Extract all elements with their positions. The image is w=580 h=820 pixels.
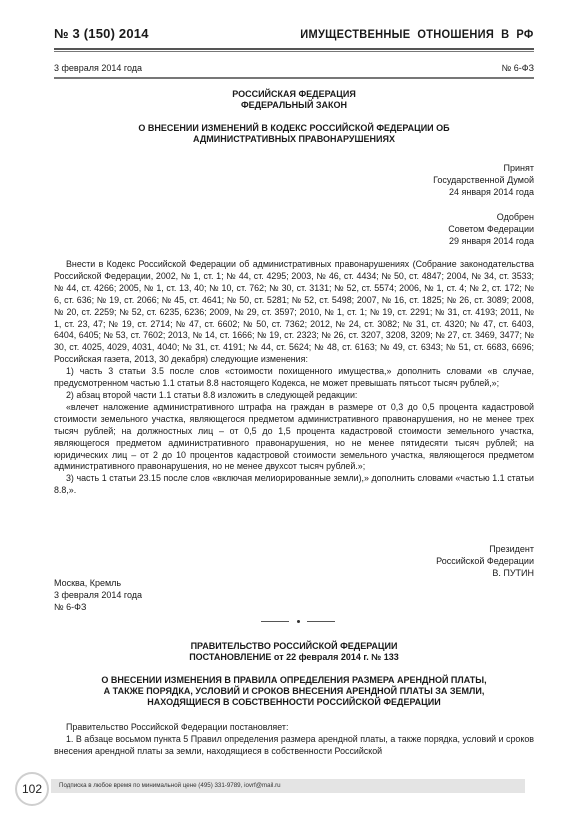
law-heading: РОССИЙСКАЯ ФЕДЕРАЦИЯ ФЕДЕРАЛЬНЫЙ ЗАКОН	[54, 89, 534, 111]
separator-line	[307, 621, 335, 622]
resolution-heading-line: ПОСТАНОВЛЕНИЕ от 22 февраля 2014 г. № 13…	[54, 652, 534, 663]
law-meta: 3 февраля 2014 года № 6-ФЗ	[54, 63, 534, 73]
adoption-line: Принят	[433, 162, 534, 174]
resolution-paragraph: Правительство Российской Федерации поста…	[54, 722, 534, 734]
signature-line: Президент	[436, 543, 534, 555]
signature-block: Президент Российской Федерации В. ПУТИН	[436, 543, 534, 579]
law-paragraph: 3) часть 1 статьи 23.15 после слов «вклю…	[54, 473, 534, 497]
resolution-paragraph: 1. В абзаце восьмом пункта 5 Правил опре…	[54, 734, 534, 758]
law-paragraph: 2) абзац второй части 1.1 статьи 8.8 изл…	[54, 390, 534, 402]
law-paragraph: «влечет наложение административного штра…	[54, 402, 534, 473]
approval-note: Одобрен Советом Федерации 29 января 2014…	[448, 211, 534, 247]
law-heading-line: ФЕДЕРАЛЬНЫЙ ЗАКОН	[54, 100, 534, 111]
law-body: Внести в Кодекс Российской Федерации об …	[54, 259, 534, 497]
date-line: 3 февраля 2014 года	[54, 589, 142, 601]
adoption-line: 24 января 2014 года	[433, 186, 534, 198]
section-separator	[261, 618, 335, 624]
resolution-subject-line: О ВНЕСЕНИИ ИЗМЕНЕНИЯ В ПРАВИЛА ОПРЕДЕЛЕН…	[54, 675, 534, 686]
law-paragraph: Внести в Кодекс Российской Федерации об …	[54, 259, 534, 366]
adoption-line: Государственной Думой	[433, 174, 534, 186]
signature-name: В. ПУТИН	[436, 567, 534, 579]
place-date-block: Москва, Кремль 3 февраля 2014 года № 6-Ф…	[54, 577, 142, 613]
law-subject-line: О ВНЕСЕНИИ ИЗМЕНЕНИЙ В КОДЕКС РОССИЙСКОЙ…	[54, 123, 534, 134]
place-line: Москва, Кремль	[54, 577, 142, 589]
header-rule	[54, 48, 534, 52]
law-date: 3 февраля 2014 года	[54, 63, 142, 73]
running-header: № 3 (150) 2014 ИМУЩЕСТВЕННЫЕ ОТНОШЕНИЯ В…	[54, 26, 534, 46]
law-heading-line: РОССИЙСКАЯ ФЕДЕРАЦИЯ	[54, 89, 534, 100]
resolution-heading-line: ПРАВИТЕЛЬСТВО РОССИЙСКОЙ ФЕДЕРАЦИИ	[54, 641, 534, 652]
resolution-heading: ПРАВИТЕЛЬСТВО РОССИЙСКОЙ ФЕДЕРАЦИИ ПОСТА…	[54, 641, 534, 663]
subscription-bar: Подписка в любое время по минимальной це…	[51, 779, 525, 793]
approval-line: Советом Федерации	[448, 223, 534, 235]
law-number: № 6-ФЗ	[502, 63, 534, 73]
resolution-subject-line: А ТАКЖЕ ПОРЯДКА, УСЛОВИЙ И СРОКОВ ВНЕСЕН…	[54, 686, 534, 697]
resolution-subject: О ВНЕСЕНИИ ИЗМЕНЕНИЯ В ПРАВИЛА ОПРЕДЕЛЕН…	[54, 675, 534, 708]
page-footer: 102 Подписка в любое время по минимально…	[15, 772, 535, 806]
resolution-subject-line: НАХОДЯЩИЕСЯ В СОБСТВЕННОСТИ РОССИЙСКОЙ Ф…	[54, 697, 534, 708]
law-subject-line: АДМИНИСТРАТИВНЫХ ПРАВОНАРУШЕНИЯХ	[54, 134, 534, 145]
separator-line	[261, 621, 289, 622]
resolution-body: Правительство Российской Федерации поста…	[54, 722, 534, 758]
separator-dot	[297, 620, 300, 623]
adoption-note: Принят Государственной Думой 24 января 2…	[433, 162, 534, 198]
page-number: 102	[15, 772, 49, 806]
journal-title: ИМУЩЕСТВЕННЫЕ ОТНОШЕНИЯ В РФ	[301, 27, 534, 41]
signature-line: Российской Федерации	[436, 555, 534, 567]
journal-page: № 3 (150) 2014 ИМУЩЕСТВЕННЫЕ ОТНОШЕНИЯ В…	[54, 0, 534, 820]
law-paragraph: 1) часть 3 статьи 3.5 после слов «стоимо…	[54, 366, 534, 390]
approval-line: 29 января 2014 года	[448, 235, 534, 247]
number-line: № 6-ФЗ	[54, 601, 142, 613]
issue-number: № 3 (150) 2014	[54, 26, 149, 41]
meta-rule	[54, 77, 534, 79]
approval-line: Одобрен	[448, 211, 534, 223]
law-subject: О ВНЕСЕНИИ ИЗМЕНЕНИЙ В КОДЕКС РОССИЙСКОЙ…	[54, 123, 534, 145]
